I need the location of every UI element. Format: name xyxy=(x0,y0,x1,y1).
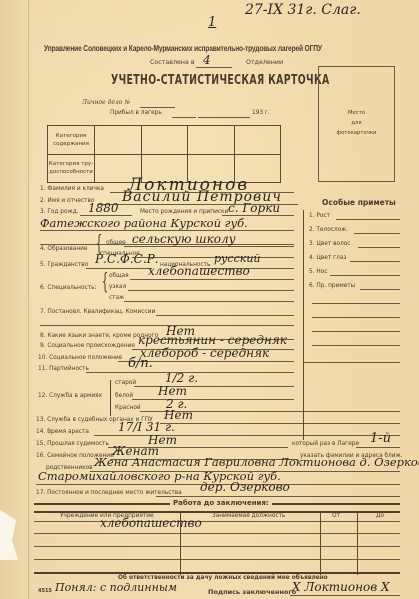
work-col-divider xyxy=(320,511,321,575)
field-3-label2: Место рождения и приписки xyxy=(140,209,228,215)
work-row-line xyxy=(34,559,400,560)
compiled-value: 4 xyxy=(203,53,211,67)
field-9-value: крестьянин - середняк xyxy=(138,333,287,347)
field-6-sub-label: узкая xyxy=(109,284,126,290)
special-marks-title: Особые приметы xyxy=(322,198,396,207)
signature-value: Х Локтионов Х xyxy=(292,580,390,594)
special-mark-item: 1. Рост xyxy=(309,213,330,219)
print-code: 4515 xyxy=(38,588,52,594)
field-12-old-value: 1/2 г. xyxy=(165,371,198,385)
special-mark-line xyxy=(354,233,400,234)
special-mark-line xyxy=(312,331,400,332)
field-6-sub-line xyxy=(124,301,294,302)
field-3-continuation: Фатежского района Курской губ. xyxy=(40,216,248,230)
field-12-sub-line xyxy=(132,399,294,400)
field-12-white-value: Нет xyxy=(158,384,187,398)
field-15-label2: который раз в Лагере xyxy=(292,441,359,447)
special-marks-bracket xyxy=(303,210,304,440)
special-mark-line xyxy=(358,247,400,248)
work-row-line xyxy=(34,533,400,534)
field-3-cont-line xyxy=(40,230,294,231)
special-mark-line xyxy=(336,219,400,220)
special-mark-line xyxy=(360,289,400,290)
compiled-suffix: Отделении xyxy=(246,59,283,66)
field-6-label: 6. Специальность: xyxy=(40,285,96,291)
field-7-label: 7. Постановл. Квалификац. Комиссии xyxy=(40,309,155,315)
work-header-bottom-line xyxy=(34,521,400,522)
category-cell[interactable] xyxy=(141,126,188,155)
signature-line xyxy=(290,595,400,596)
signature-label: Подпись заключенного xyxy=(208,588,296,596)
field-3-label: 3. Год рожд. xyxy=(40,209,79,215)
work-row-institution: хлебопашество xyxy=(100,516,202,530)
special-mark-line xyxy=(330,275,400,276)
work-col-header: До xyxy=(376,513,384,519)
field-6-sub-line xyxy=(130,279,294,280)
field-4-label: 4. Образование xyxy=(40,246,87,252)
arrival-day-line xyxy=(172,117,196,118)
special-mark-item: 5. Нос xyxy=(309,269,327,275)
field-14-value: 17/I 31 г. xyxy=(118,420,175,434)
field-11-label: 11. Партийность xyxy=(38,366,89,372)
field-6-general-value: хлебопашество xyxy=(148,264,250,278)
field-17-line xyxy=(156,496,400,497)
special-mark-item: 4. Цвет глаз xyxy=(309,255,346,261)
field-17-value: дер. Озерково xyxy=(200,480,290,494)
field-14-line xyxy=(94,435,400,436)
category-cell[interactable] xyxy=(95,126,142,155)
category-label: Категория тру-доспособности xyxy=(48,154,95,183)
field-4-sub-label: общее xyxy=(106,240,126,246)
field-6-sub-label: стаж xyxy=(109,295,124,301)
personal-file-label: Личное дело № xyxy=(82,99,130,106)
handwritten-note: Понял: с подлинным xyxy=(55,581,177,594)
work-row-line xyxy=(34,546,400,547)
special-mark-item: 2. Телослож. xyxy=(309,227,348,233)
arrival-month-line xyxy=(198,117,250,118)
field-6-sub-line xyxy=(128,290,294,291)
organization-header: Управление Соловецких и Карело-Мурмански… xyxy=(44,43,379,53)
field-7-line xyxy=(156,315,294,316)
photo-label-3: фотокарточки xyxy=(319,130,394,136)
special-mark-line xyxy=(312,317,400,318)
field-5-line xyxy=(86,268,152,269)
work-col-divider xyxy=(357,511,358,575)
field-6-brace: { xyxy=(102,270,109,295)
field-4-general-value: сельскую школу xyxy=(132,232,236,246)
photo-label-1: Место xyxy=(319,110,394,116)
photo-placeholder: Место для фотокарточки xyxy=(318,66,395,182)
category-row: Категориясодержания xyxy=(48,126,281,155)
paper-fold xyxy=(0,0,29,599)
photo-label-2: для xyxy=(319,120,394,126)
field-11-value: б/п. xyxy=(128,356,153,371)
special-mark-line xyxy=(312,303,400,304)
field-1-label: 1. Фамилия и кличка xyxy=(40,186,104,192)
field-9-label: 9. Социальное происхождение xyxy=(40,343,135,349)
page-mark: 1 xyxy=(208,15,216,30)
field-4-sub-line xyxy=(124,246,294,247)
arrival-label: Прибыл в лагерь xyxy=(110,110,162,116)
field-12-sub-label: Красной xyxy=(115,405,141,411)
field-5-label: 5. Гражданство xyxy=(40,262,88,268)
field-13-line xyxy=(160,423,400,424)
work-section-title: Работа до заключения: xyxy=(170,499,272,507)
special-mark-item: 6. Пр. приметы xyxy=(309,283,355,289)
field-10-value: хлебороб - середняк xyxy=(140,346,269,360)
field-14-label: 14. Время ареста xyxy=(36,429,89,435)
field-12-label: 12. Служба в армиях xyxy=(38,393,102,399)
field-16-relatives-value: Жена Анастасия Гавриловна Локтионова д. … xyxy=(94,455,419,469)
field-15-times-value: 1-й xyxy=(370,431,391,446)
arrival-year: 193 г. xyxy=(252,110,270,116)
work-row-line xyxy=(34,572,400,574)
compiled-line xyxy=(196,67,232,68)
compiled-prefix: Составлена в xyxy=(150,59,195,66)
field-10-label: 10. Социальное положение xyxy=(38,355,122,361)
field-3-place-value: с. Горки xyxy=(228,201,280,215)
category-cell[interactable] xyxy=(234,126,281,155)
special-mark-line xyxy=(303,362,400,363)
work-col-header: От xyxy=(332,513,340,519)
card-title: УЧЕТНО-СТАТИСТИЧЕСКАЯ КАРТОЧКА xyxy=(111,73,330,88)
field-15-times-line xyxy=(356,447,400,448)
field-3-year-value: 1880 xyxy=(88,201,119,215)
category-label: Категориясодержания xyxy=(48,126,95,155)
field-6-sub-label: общая xyxy=(109,273,129,279)
special-mark-line xyxy=(350,261,400,262)
special-mark-line xyxy=(312,345,400,346)
top-note: 27-IX 31г. Слаг. xyxy=(245,2,361,18)
field-12-sub-label: белой xyxy=(115,393,133,399)
field-12-sub-label: старой xyxy=(115,380,136,386)
field-15-label: 15. Прошлая судимость xyxy=(36,441,109,447)
category-cell[interactable] xyxy=(188,126,235,155)
work-col-header: Занимаемая должность xyxy=(212,513,285,519)
field-12-bracket xyxy=(110,380,111,416)
personal-file-line xyxy=(140,107,175,108)
special-mark-item: 3. Цвет волос xyxy=(309,241,350,247)
field-2-label: 2. Имя и отчество xyxy=(40,198,94,204)
